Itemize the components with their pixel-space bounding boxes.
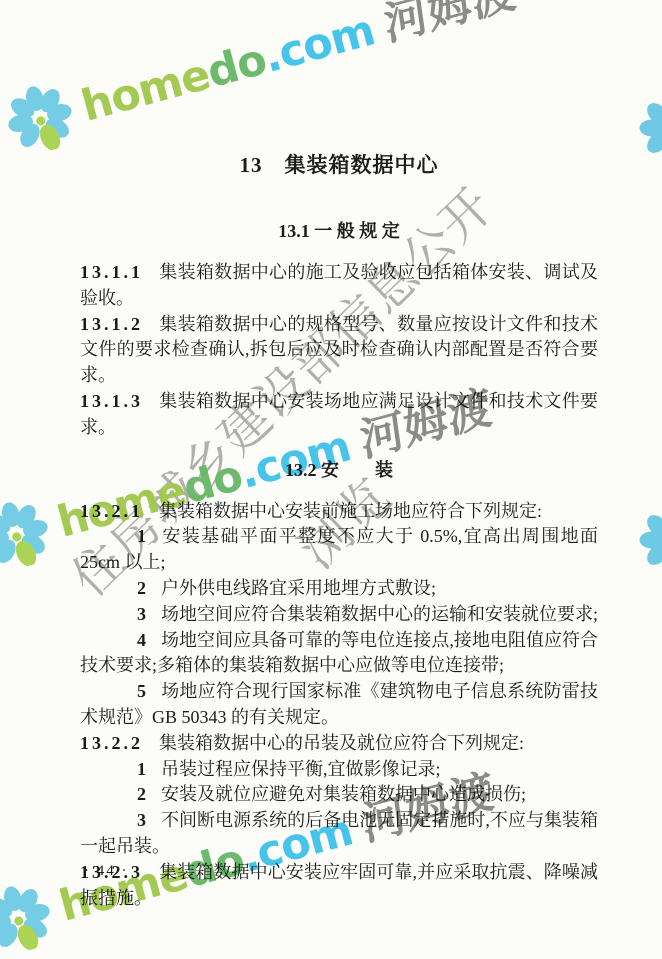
homedo-flower-icon: [0, 492, 58, 575]
clause-number: 5: [137, 681, 146, 701]
clause-paragraph: 13.2.2集装箱数据中心的吊装及就位应符合下列规定:: [80, 731, 598, 757]
brand-home: home: [76, 50, 215, 132]
clause-number: 2: [137, 578, 146, 598]
clause-number: 13.1.1: [80, 262, 143, 282]
paragraph-text: 集装箱数据中心的吊装及就位应符合下列规定:: [159, 733, 524, 753]
homedo-flower-icon: [0, 876, 60, 959]
brand-do: do: [202, 35, 271, 98]
paragraph-text: 集装箱数据中心的规格型号、数量应按设计文件和技术文件的要求检查确认,拆包后应及时…: [80, 314, 598, 386]
clause-paragraph: 13.1.1集装箱数据中心的施工及验收应包括箱体安装、调试及验收。: [80, 260, 598, 312]
clause-number: 2: [137, 784, 146, 804]
document-body: 13.1 一 般 规 定13.1.1集装箱数据中心的施工及验收应包括箱体安装、调…: [80, 218, 598, 911]
clause-number: 1: [137, 759, 146, 779]
page-number: · 44 ·: [84, 863, 129, 880]
clause-paragraph: 13.2.1集装箱数据中心安装前施工场地应符合下列规定:: [80, 499, 598, 525]
list-item-paragraph: 5场地应符合现行国家标准《建筑物电子信息系统防雷技术规范》GB 50343 的有…: [80, 679, 598, 731]
homedo-watermark-top: homedo.com河姆渡: [0, 0, 524, 160]
paragraph-text: 集装箱数据中心安装场地应满足设计文件和技术文件要求。: [80, 391, 598, 437]
paragraph-text: 集装箱数据中心安装应牢固可靠,并应采取抗震、降噪减振措施。: [80, 862, 598, 908]
clause-number: 4: [137, 630, 146, 650]
list-item-paragraph: 3不间断电源系统的后备电池无固定措施时,不应与集装箱一起吊装。: [80, 808, 598, 860]
list-item-paragraph: 1吊装过程应保持平衡,宜做影像记录;: [80, 757, 598, 783]
brand-chinese-name: 河姆渡: [381, 0, 518, 48]
paragraph-text: 户外供电线路宜采用地埋方式敷设;: [161, 578, 436, 598]
list-item-paragraph: 1安装基础平面平整度不应大于 0.5%,宜高出周围地面 25cm 以上;: [80, 524, 598, 576]
homedo-flower-icon-partial-right-top: [638, 94, 662, 162]
clause-paragraph: 13.1.2集装箱数据中心的规格型号、数量应按设计文件和技术文件的要求检查确认,…: [80, 312, 598, 389]
clause-number: 13.2.1: [80, 501, 143, 521]
paragraph-text: 场地应符合现行国家标准《建筑物电子信息系统防雷技术规范》GB 50343 的有关…: [80, 681, 598, 727]
section-heading: 13.1 一 般 规 定: [80, 218, 598, 244]
document-page: 13 集装箱数据中心 13.1 一 般 规 定13.1.1集装箱数据中心的施工及…: [0, 0, 662, 959]
homedo-brand-text: homedo.com河姆渡: [77, 0, 521, 129]
paragraph-text: 集装箱数据中心安装前施工场地应符合下列规定:: [159, 501, 542, 521]
chapter-title: 13 集装箱数据中心: [80, 150, 598, 180]
section-heading: 13.2 安 装: [80, 457, 598, 483]
clause-number: 1: [137, 526, 146, 546]
list-item-paragraph: 2安装及就位应避免对集装箱数据中心造成损伤;: [80, 782, 598, 808]
paragraph-text: 场地空间应具备可靠的等电位连接点,接地电阻值应符合技术要求;多箱体的集装箱数据中…: [80, 630, 598, 676]
paragraph-text: 吊装过程应保持平衡,宜做影像记录;: [161, 759, 441, 779]
clause-number: 13.1.3: [80, 391, 143, 411]
clause-number: 13.2.2: [80, 733, 143, 753]
clause-paragraph: 13.1.3集装箱数据中心安装场地应满足设计文件和技术文件要求。: [80, 389, 598, 441]
paragraph-text: 场地空间应符合集装箱数据中心的运输和安装就位要求;: [161, 604, 598, 624]
homedo-flower-icon-partial-right-middle: [638, 506, 662, 574]
paragraph-text: 安装基础平面平整度不应大于 0.5%,宜高出周围地面 25cm 以上;: [80, 526, 598, 572]
document-content: 13 集装箱数据中心 13.1 一 般 规 定13.1.1集装箱数据中心的施工及…: [80, 150, 598, 911]
list-item-paragraph: 2户外供电线路宜采用地埋方式敷设;: [80, 576, 598, 602]
paragraph-text: 集装箱数据中心的施工及验收应包括箱体安装、调试及验收。: [80, 262, 598, 308]
clause-number: 13.1.2: [80, 314, 143, 334]
paragraph-text: 安装及就位应避免对集装箱数据中心造成损伤;: [161, 784, 526, 804]
brand-com: .com: [258, 6, 379, 83]
clause-number: 3: [137, 604, 146, 624]
list-item-paragraph: 3场地空间应符合集装箱数据中心的运输和安装就位要求;: [80, 602, 598, 628]
paragraph-text: 不间断电源系统的后备电池无固定措施时,不应与集装箱一起吊装。: [80, 810, 598, 856]
clause-paragraph: 13.2.3集装箱数据中心安装应牢固可靠,并应采取抗震、降噪减振措施。: [80, 860, 598, 912]
homedo-flower-icon: [0, 76, 82, 159]
clause-number: 3: [137, 810, 146, 830]
list-item-paragraph: 4场地空间应具备可靠的等电位连接点,接地电阻值应符合技术要求;多箱体的集装箱数据…: [80, 628, 598, 680]
